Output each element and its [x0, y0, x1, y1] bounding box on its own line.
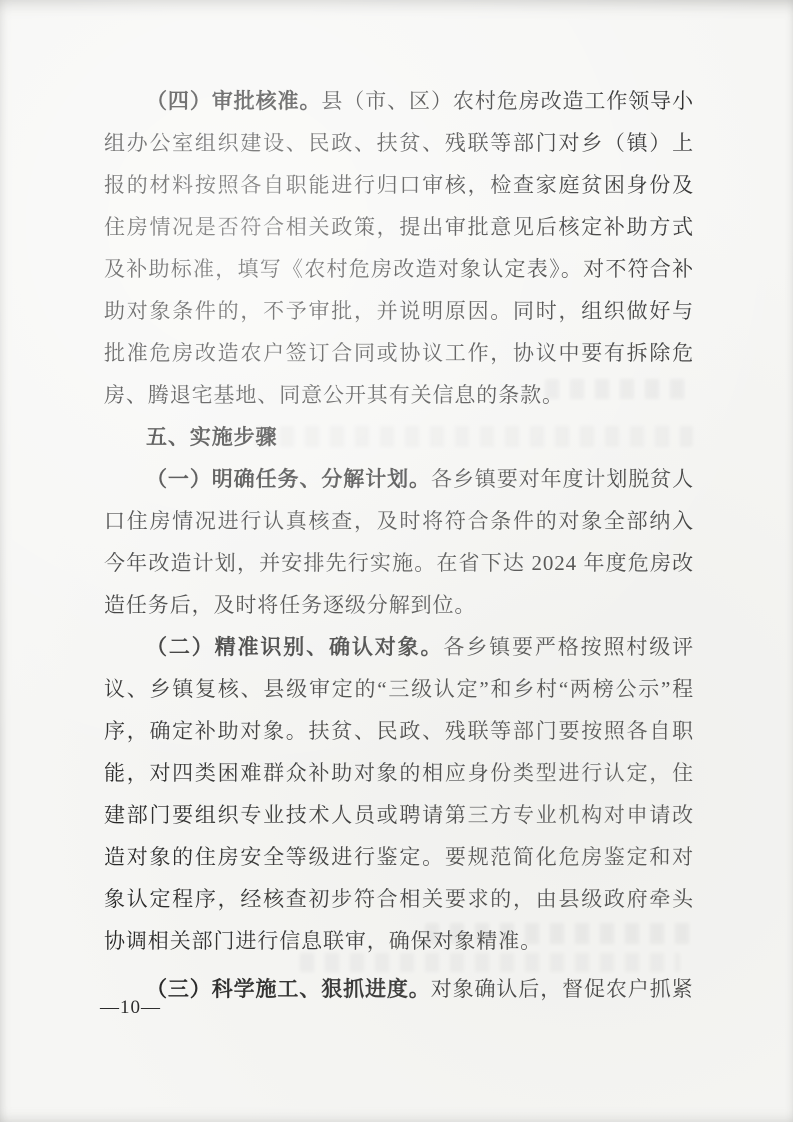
paragraph-construction-progress: （三）科学施工、狠抓进度。对象确认后，督促农户抓紧 [104, 968, 694, 1010]
document-text-body: （四）审批核准。县（市、区）农村危房改造工作领导小组办公室组织建设、民政、扶贫、… [104, 80, 694, 1010]
paragraph-lead-construction: （三）科学施工、狠抓进度。 [146, 977, 431, 1001]
section-heading-implementation-steps: 五、实施步骤 [104, 416, 694, 458]
paragraph-identification: （二）精准识别、确认对象。各乡镇要严格按照村级评议、乡镇复核、县级审定的“三级认… [104, 626, 694, 962]
paragraph-text-construction: 对象确认后，督促农户抓紧 [431, 977, 694, 1001]
page-number: —10— [100, 997, 161, 1019]
paragraph-text-approval: 县（市、区）农村危房改造工作领导小组办公室组织建设、民政、扶贫、残联等部门对乡（… [104, 89, 694, 407]
paragraph-task-plan: （一）明确任务、分解计划。各乡镇要对年度计划脱贫人口住房情况进行认真核查，及时将… [104, 458, 694, 626]
paragraph-lead-identification: （二）精准识别、确认对象。 [146, 635, 443, 659]
paragraph-approval-verification: （四）审批核准。县（市、区）农村危房改造工作领导小组办公室组织建设、民政、扶贫、… [104, 80, 694, 416]
paragraph-lead-task-plan: （一）明确任务、分解计划。 [146, 467, 431, 491]
paragraph-lead-approval: （四）审批核准。 [146, 89, 321, 113]
paragraph-text-identification: 各乡镇要严格按照村级评议、乡镇复核、县级审定的“三级认定”和乡村“两榜公示”程序… [104, 635, 694, 953]
scanned-document-page: （四）审批核准。县（市、区）农村危房改造工作领导小组办公室组织建设、民政、扶贫、… [0, 0, 793, 1122]
